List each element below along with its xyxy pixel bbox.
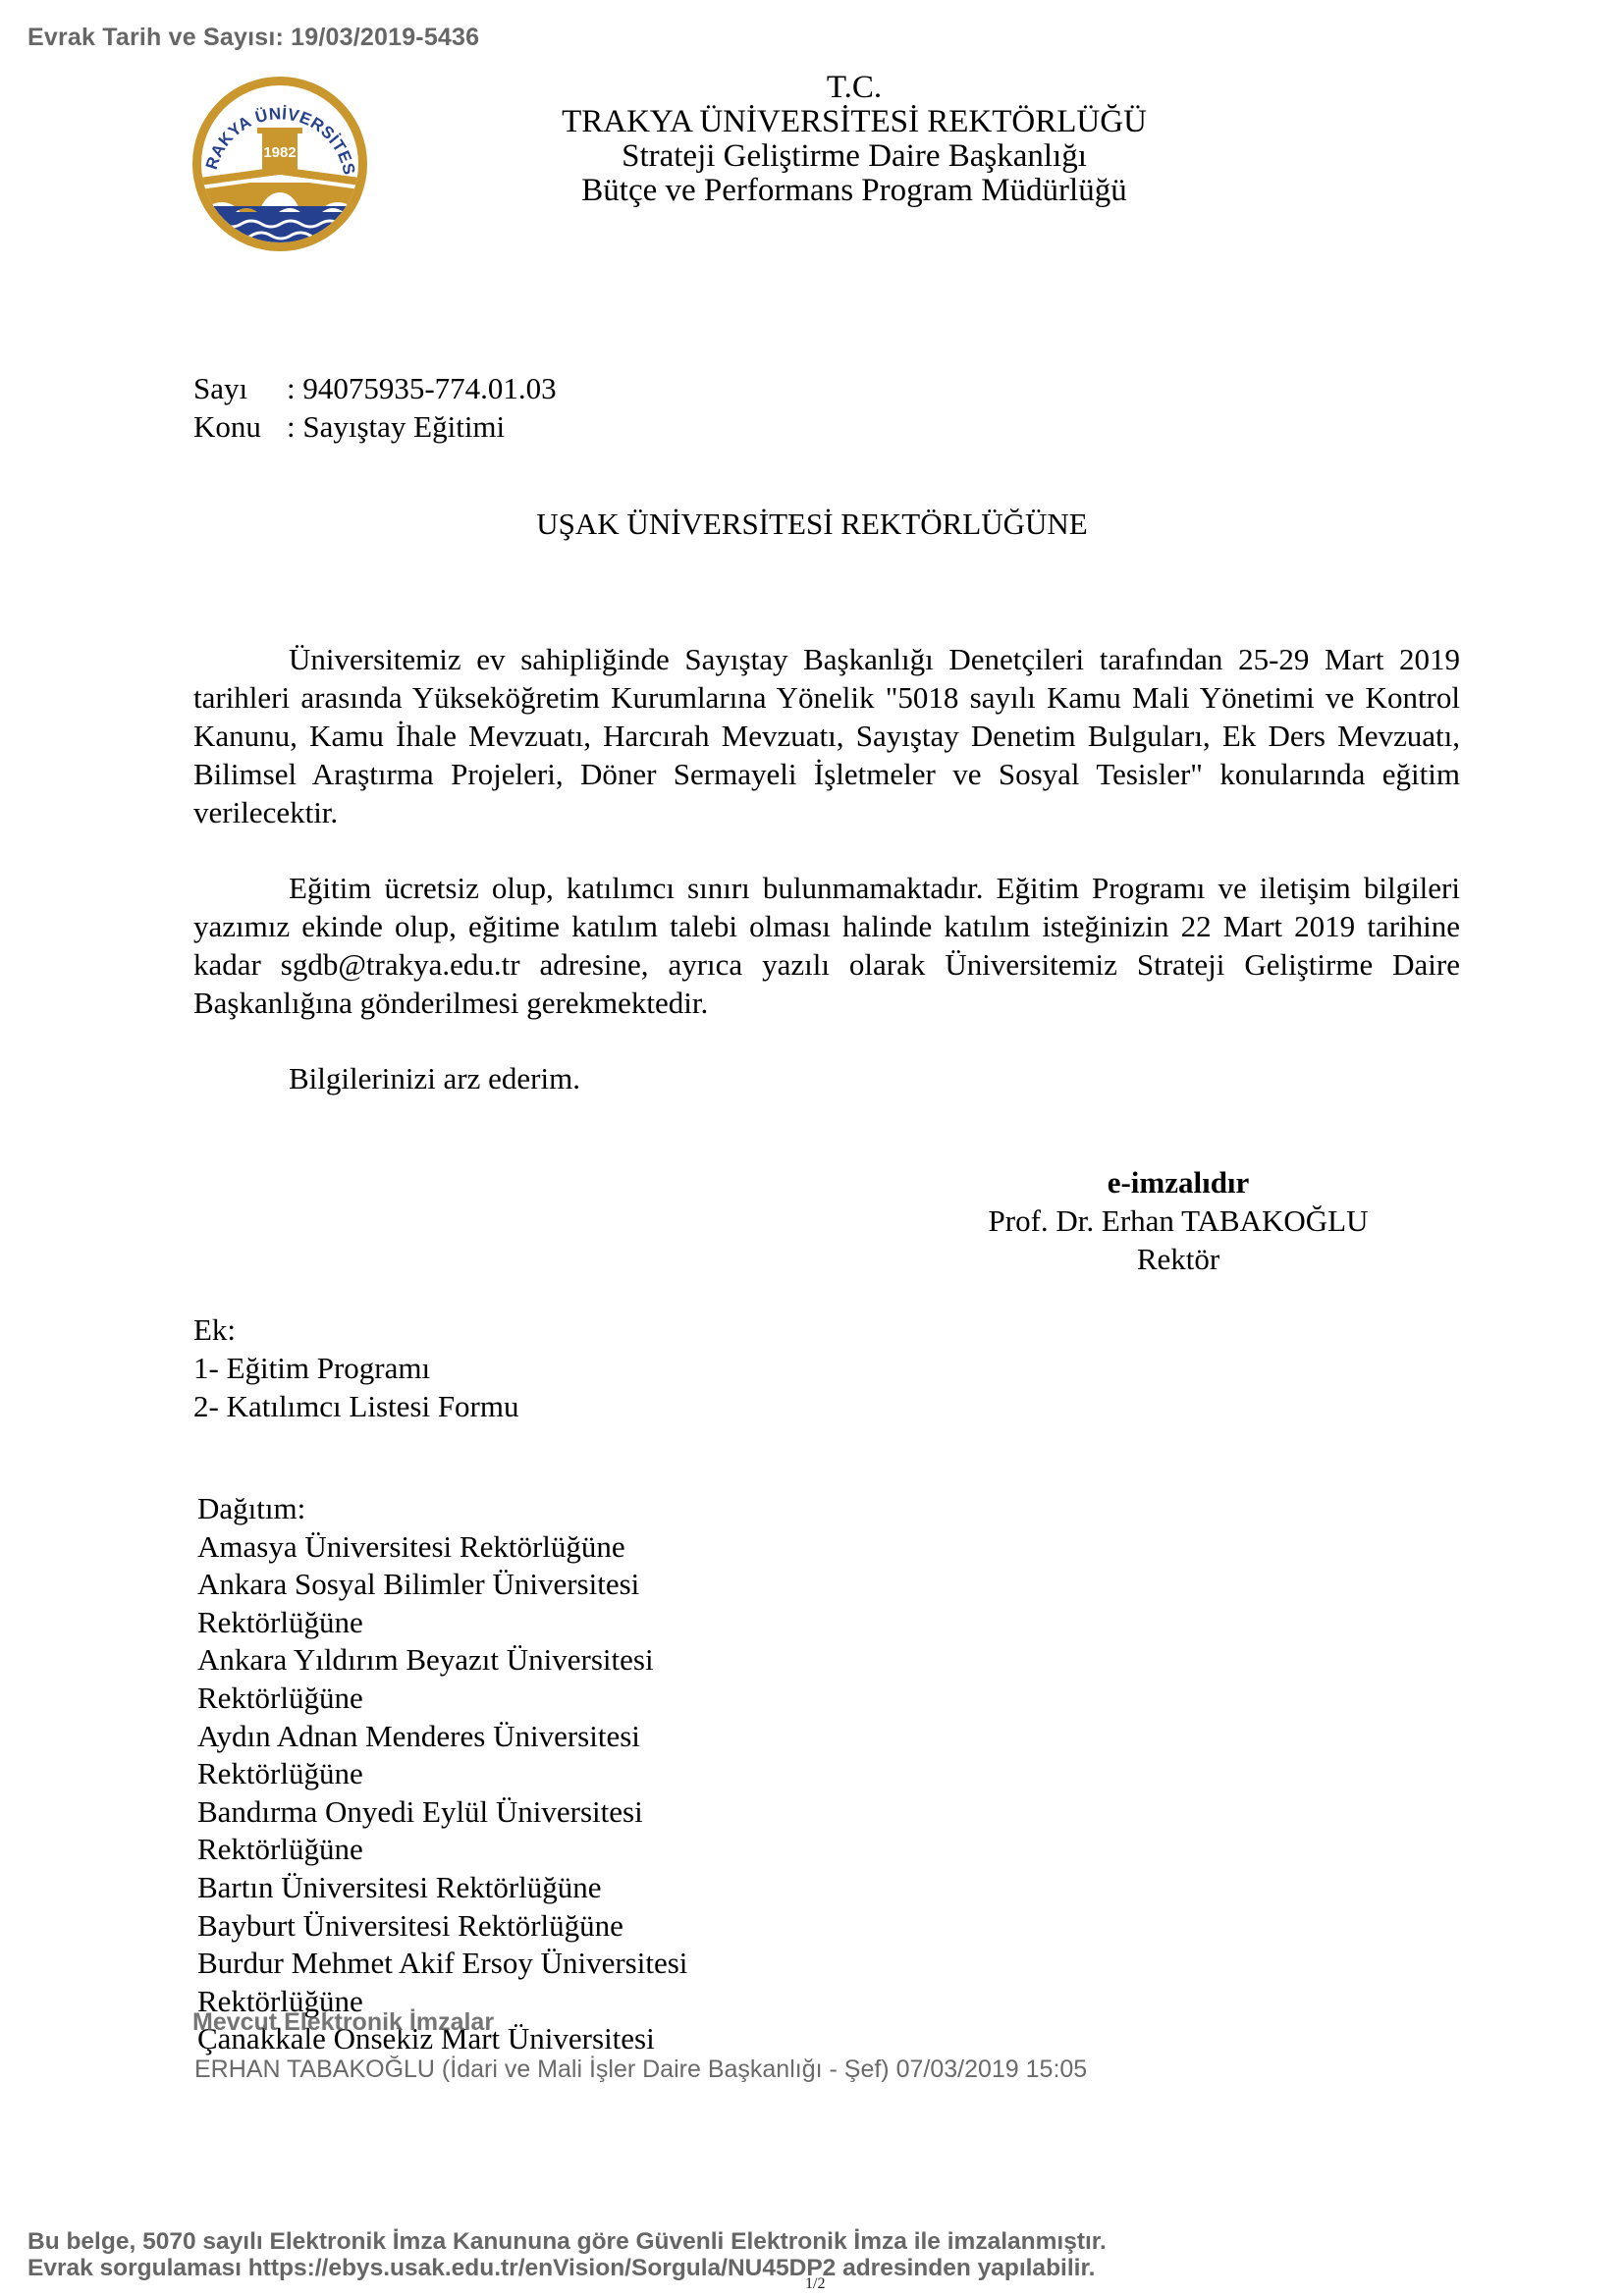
distribution-line: Rektörlüğüne	[197, 1680, 687, 1718]
svg-text:1982: 1982	[263, 144, 296, 161]
subject-value: : Sayıştay Eğitimi	[287, 409, 505, 444]
letterhead-department: Strateji Geliştirme Daire Başkanlığı	[511, 139, 1198, 174]
number-value: : 94075935-774.01.03	[287, 371, 557, 405]
distribution-line: Bayburt Üniversitesi Rektörlüğüne	[197, 1907, 687, 1946]
attachments: Ek: 1- Eğitim Programı 2- Katılımcı List…	[193, 1310, 519, 1425]
addressee: UŞAK ÜNİVERSİTESİ REKTÖRLÜĞÜNE	[0, 507, 1624, 542]
letter-body: Üniversitemiz ev sahipliğinde Sayıştay B…	[193, 640, 1460, 1135]
body-paragraph: Üniversitemiz ev sahipliğinde Sayıştay B…	[193, 640, 1460, 831]
distribution-line: Bandırma Onyedi Eylül Üniversitesi	[197, 1793, 687, 1832]
attachment-item: 1- Eğitim Programı	[193, 1349, 519, 1387]
distribution-line: Ankara Yıldırım Beyazıt Üniversitesi	[197, 1641, 687, 1680]
e-signed-status: e-imzalıdır	[952, 1163, 1404, 1201]
body-paragraph: Eğitim ücretsiz olup, katılımcı sınırı b…	[193, 869, 1460, 1022]
distribution-line: Burdur Mehmet Akif Ersoy Üniversitesi	[197, 1945, 687, 1983]
footer-verification-link[interactable]: Evrak sorgulaması https://ebys.usak.edu.…	[27, 2255, 1107, 2281]
footer-legal-notice: Bu belge, 5070 sayılı Elektronik İmza Ka…	[27, 2228, 1107, 2255]
page-number: 1/2	[805, 2275, 825, 2293]
distribution-line: Ankara Sosyal Bilimler Üniversitesi	[197, 1566, 687, 1604]
distribution-line: Bartın Üniversitesi Rektörlüğüne	[197, 1869, 687, 1907]
document-meta: Sayı: 94075935-774.01.03 Konu: Sayıştay …	[193, 369, 557, 446]
distribution-line: Rektörlüğüne	[197, 1755, 687, 1793]
electronic-signatures-title: Mevcut Elektronik İmzalar	[192, 2008, 494, 2037]
meta-subject-row: Konu: Sayıştay Eğitimi	[193, 407, 557, 446]
number-label: Sayı	[193, 369, 287, 407]
letterhead-tc: T.C.	[511, 71, 1198, 105]
letterhead: T.C. TRAKYA ÜNİVERSİTESİ REKTÖRLÜĞÜ Stra…	[511, 71, 1198, 208]
signatory-title: Rektör	[952, 1240, 1404, 1278]
distribution-line: Amasya Üniversitesi Rektörlüğüne	[197, 1528, 687, 1567]
signature-block: e-imzalıdır Prof. Dr. Erhan TABAKOĞLU Re…	[952, 1163, 1404, 1278]
distribution-line: Rektörlüğüne	[197, 1831, 687, 1869]
distribution-list: Dağıtım: Amasya Üniversitesi Rektörlüğün…	[197, 1490, 687, 2058]
distribution-line: Aydın Adnan Menderes Üniversitesi	[197, 1718, 687, 1756]
distribution-line: Rektörlüğüne	[197, 1604, 687, 1642]
verification-footer: Bu belge, 5070 sayılı Elektronik İmza Ka…	[27, 2228, 1107, 2281]
signatory-name: Prof. Dr. Erhan TABAKOĞLU	[952, 1201, 1404, 1240]
letterhead-institution: TRAKYA ÜNİVERSİTESİ REKTÖRLÜĞÜ	[511, 105, 1198, 139]
meta-number-row: Sayı: 94075935-774.01.03	[193, 369, 557, 407]
electronic-signature-entry: ERHAN TABAKOĞLU (İdari ve Mali İşler Dai…	[194, 2056, 1087, 2084]
university-seal-icon: 1982 TRAKYA ÜNİVERSİTESİ	[192, 77, 367, 251]
attachment-item: 2- Katılımcı Listesi Formu	[193, 1387, 519, 1425]
attachments-label: Ek:	[193, 1310, 519, 1349]
distribution-label: Dağıtım:	[197, 1490, 687, 1528]
closing-paragraph: Bilgilerinizi arz ederim.	[193, 1059, 1460, 1097]
letterhead-unit: Bütçe ve Performans Program Müdürlüğü	[511, 174, 1198, 208]
document-date-number-stamp: Evrak Tarih ve Sayısı: 19/03/2019-5436	[27, 24, 479, 52]
subject-label: Konu	[193, 407, 287, 446]
